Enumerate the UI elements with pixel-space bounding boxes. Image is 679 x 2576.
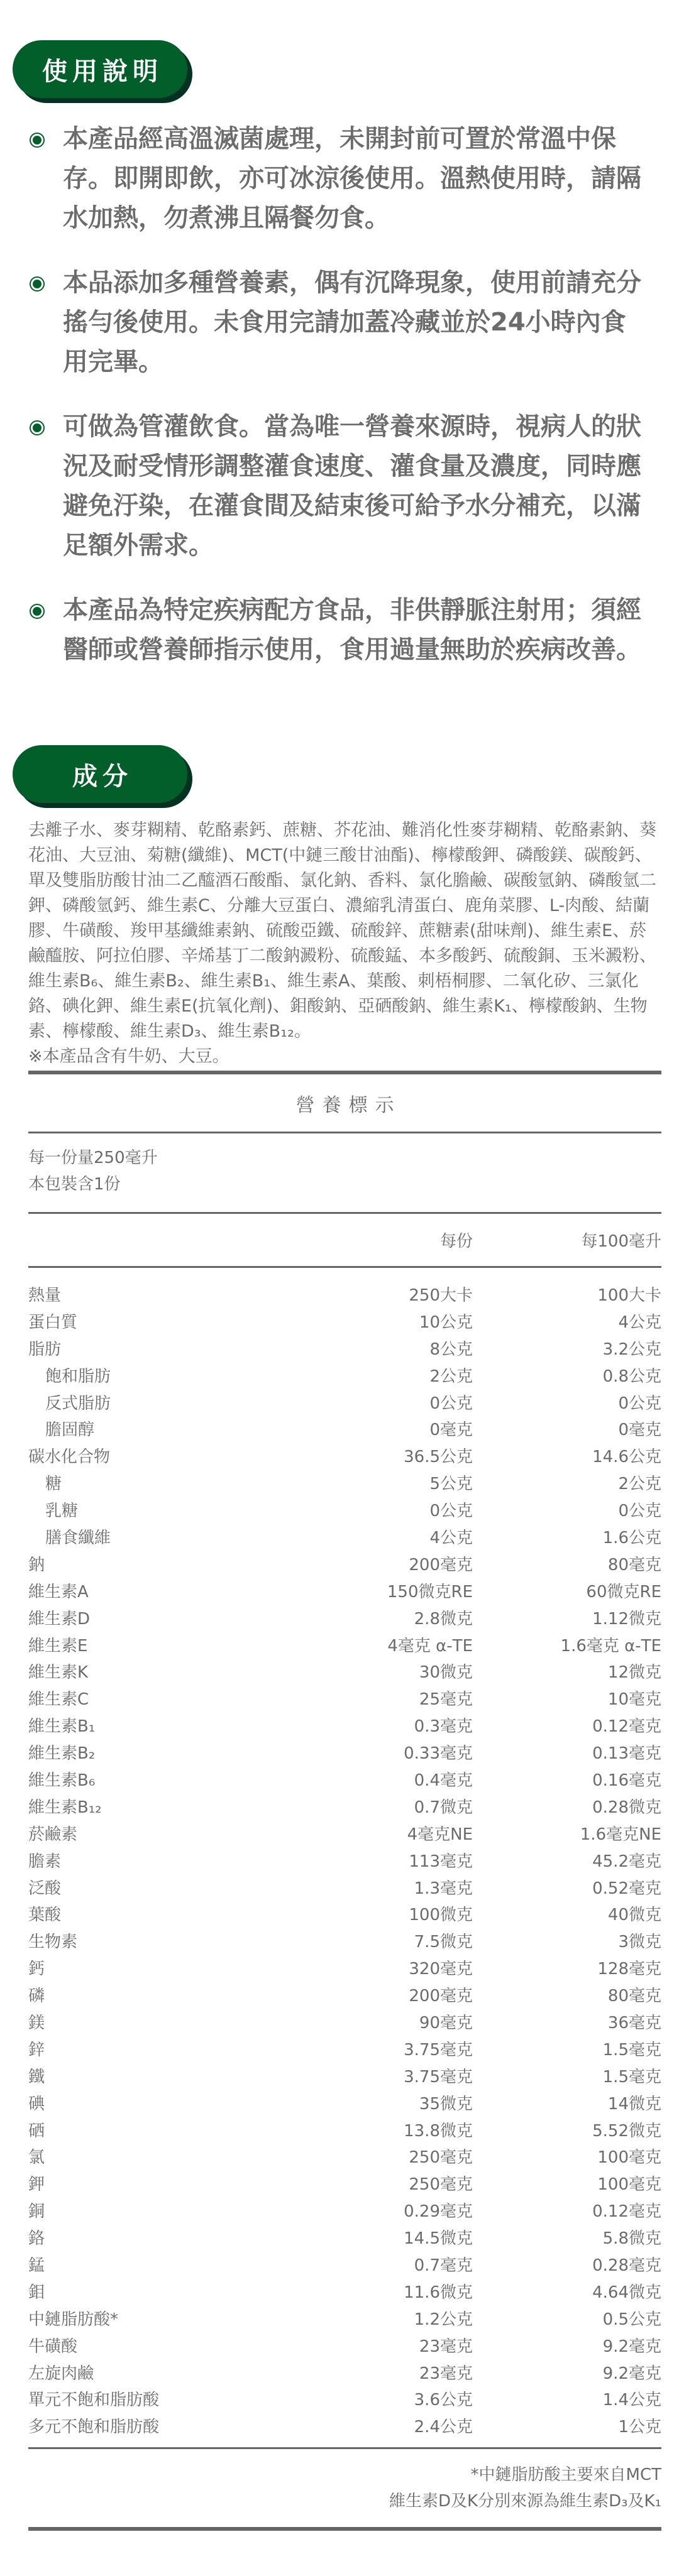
nutrient-per-100ml: 36毫克 [473,2010,661,2033]
nutrient-per-serving: 36.5公克 [347,1444,473,1467]
nutrient-per-serving: 23毫克 [347,2360,473,2384]
nutrient-per-100ml: 0.52毫克 [473,1875,661,1899]
nutrient-per-100ml: 4公克 [473,1309,661,1333]
circle-bullet-icon [30,133,45,148]
nutrient-per-serving: 1.3毫克 [347,1875,473,1899]
nutrient-name: 脂肪 [28,1336,347,1360]
nutrient-per-serving: 200毫克 [347,1983,473,2006]
nutrition-row: 維生素B₆0.4毫克0.16毫克 [28,1766,661,1793]
nutrition-row: 熱量250大卡100大卡 [28,1280,661,1307]
nutrient-per-100ml: 80毫克 [473,1983,661,2006]
circle-bullet-icon [30,604,45,619]
nutrient-per-100ml: 9.2毫克 [473,2360,661,2384]
nutrient-name: 膳食纖維 [28,1525,347,1548]
nutrition-row: 維生素C25毫克10毫克 [28,1684,661,1711]
nutrient-per-serving: 100微克 [347,1902,473,1925]
nutrient-per-serving: 2.4公克 [347,2414,473,2437]
nutrient-name: 泛酸 [28,1875,347,1899]
nutrient-per-100ml: 0公克 [473,1498,661,1521]
nutrient-per-serving: 14.5微克 [347,2225,473,2249]
nutrient-name: 乳糖 [28,1498,347,1521]
nutrient-per-100ml: 0.12毫克 [473,1713,661,1737]
nutrient-per-100ml: 4.64微克 [473,2279,661,2303]
nutrient-per-100ml: 0.28毫克 [473,2252,661,2276]
nutrient-name: 鐵 [28,2064,347,2087]
header-per-serving: 每份 [347,1228,473,1252]
circle-bullet-icon [30,420,45,435]
nutrient-name: 鈣 [28,1956,347,1979]
footnote: 維生素D及K分別來源為維生素D₃及K₁ [28,2488,661,2514]
nutrient-per-serving: 2公克 [347,1363,473,1387]
nutrition-facts-table: 營養標示 每一份量250毫升 本包裝含1份 每份 每100毫升 熱量250大卡1… [28,1071,661,2531]
nutrient-per-serving: 0.4毫克 [347,1767,473,1791]
nutrient-per-serving: 150微克RE [347,1579,473,1602]
nutrient-name: 鉬 [28,2279,347,2303]
nutrition-row: 鈉200毫克80毫克 [28,1550,661,1577]
nutrient-name: 氯 [28,2144,347,2168]
nutrient-per-serving: 3.6公克 [347,2387,473,2410]
nutrient-per-serving: 90毫克 [347,2010,473,2033]
nutrient-per-100ml: 12微克 [473,1659,661,1683]
usage-list: 本產品經高溫滅菌處理，未開封前可置於常溫中保存。即開即飲，亦可冰涼後使用。溫熱使… [0,119,679,695]
nutrient-name: 中鏈脂肪酸* [28,2306,347,2330]
nutrient-per-serving: 35微克 [347,2091,473,2114]
nutrient-per-100ml: 100毫克 [473,2144,661,2168]
nutrition-row: 反式脂肪0公克0公克 [28,1389,661,1416]
nutrient-per-serving: 4公克 [347,1525,473,1548]
nutrient-per-100ml: 1公克 [473,2414,661,2437]
nutrient-per-serving: 7.5微克 [347,1929,473,1952]
nutrient-per-100ml: 0公克 [473,1390,661,1414]
nutrient-name: 多元不飽和脂肪酸 [28,2414,347,2437]
nutrition-row: 糖5公克2公克 [28,1469,661,1496]
nutrition-row: 蛋白質10公克4公克 [28,1307,661,1334]
nutrient-name: 膽固醇 [28,1417,347,1440]
nutrient-per-100ml: 1.5毫克 [473,2064,661,2087]
nutrient-name: 碳水化合物 [28,1444,347,1467]
nutrition-row: 生物素7.5微克3微克 [28,1927,661,1954]
usage-item-text: 可做為管灌飲食。當為唯一營養來源時，視病人的狀況及耐受情形調整灌食速度、灌食量及… [63,412,641,560]
header-per-100ml: 每100毫升 [473,1228,661,1252]
nutrient-name: 葉酸 [28,1902,347,1925]
nutrition-footnotes: *中鏈脂肪酸主要來自MCT 維生素D及K分別來源為維生素D₃及K₁ [28,2449,661,2527]
nutrition-row: 膳食纖維4公克1.6公克 [28,1523,661,1550]
usage-item-text: 本產品經高溫滅菌處理，未開封前可置於常溫中保存。即開即飲，亦可冰涼後使用。溫熱使… [63,124,641,232]
nutrient-per-serving: 0.7微克 [347,1794,473,1818]
usage-item: 可做為管灌飲食。當為唯一營養來源時，視病人的狀況及耐受情形調整灌食速度、灌食量及… [0,407,679,565]
nutrition-row: 中鏈脂肪酸*1.2公克0.5公克 [28,2305,661,2332]
nutrient-per-100ml: 0.5公克 [473,2306,661,2330]
nutrition-row: 泛酸1.3毫克0.52毫克 [28,1874,661,1901]
nutrient-per-serving: 4毫克 α-TE [347,1633,473,1656]
nutrient-name: 硒 [28,2118,347,2141]
nutrition-rows: 熱量250大卡100大卡蛋白質10公克4公克脂肪8公克3.2公克飽和脂肪2公克0… [28,1268,661,2447]
nutrient-per-serving: 23毫克 [347,2333,473,2357]
nutrient-per-serving: 11.6微克 [347,2279,473,2303]
usage-item: 本品添加多種營養素，偶有沉降現象，使用前請充分搖勻後使用。未食用完請加蓋冷藏並於… [0,263,679,382]
usage-item-text: 本品添加多種營養素，偶有沉降現象，使用前請充分搖勻後使用。未食用完請加蓋冷藏並於… [63,268,641,376]
nutrient-name: 維生素B₂ [28,1740,347,1764]
nutrient-name: 菸鹼素 [28,1821,347,1845]
nutrient-per-100ml: 1.5毫克 [473,2037,661,2060]
nutrient-per-serving: 4毫克NE [347,1821,473,1845]
nutrient-per-serving: 0.33毫克 [347,1740,473,1764]
nutrition-row: 鎂90毫克36毫克 [28,2008,661,2035]
nutrition-row: 銅0.29毫克0.12毫克 [28,2197,661,2224]
footnote: *中鏈脂肪酸主要來自MCT [28,2462,661,2488]
nutrient-per-100ml: 0.13毫克 [473,1740,661,1764]
nutrient-name: 銅 [28,2198,347,2222]
nutrition-row: 維生素D2.8微克1.12微克 [28,1604,661,1631]
nutrient-name: 錳 [28,2252,347,2276]
allergen-notice: ※本產品含有牛奶、大豆。 [28,1044,657,1069]
nutrient-name: 鎂 [28,2010,347,2033]
nutrient-per-100ml: 80毫克 [473,1552,661,1575]
nutrient-name: 鉻 [28,2225,347,2249]
nutrition-row: 磷200毫克80毫克 [28,1981,661,2008]
nutrient-per-100ml: 0.28微克 [473,1794,661,1818]
nutrient-per-100ml: 40微克 [473,1902,661,1925]
nutrient-per-100ml: 3微克 [473,1929,661,1952]
circle-bullet-icon [30,276,45,292]
nutrition-row: 葉酸100微克40微克 [28,1900,661,1927]
usage-title: 使用說明 [37,52,163,87]
usage-section-badge: 使用說明 [13,40,190,103]
ingredients-title: 成分 [67,756,133,792]
nutrient-name: 蛋白質 [28,1309,347,1333]
nutrient-per-100ml: 5.8微克 [473,2225,661,2249]
nutrient-per-serving: 3.75毫克 [347,2037,473,2060]
servings-per-pack: 本包裝含1份 [28,1171,661,1198]
nutrient-per-100ml: 128毫克 [473,1956,661,1979]
nutrient-per-serving: 200毫克 [347,1552,473,1575]
serving-size: 每一份量250毫升 [28,1145,661,1171]
nutrient-per-serving: 3.75毫克 [347,2064,473,2087]
ingredients-section-badge: 成分 [13,745,190,808]
nutrition-row: 氯250毫克100毫克 [28,2143,661,2170]
nutrient-per-serving: 0公克 [347,1390,473,1414]
nutrition-row: 鐵3.75毫克1.5毫克 [28,2062,661,2089]
nutrition-row: 鈣320毫克128毫克 [28,1954,661,1981]
nutrition-row: 膽固醇0毫克0毫克 [28,1415,661,1442]
nutrition-row: 單元不飽和脂肪酸3.6公克1.4公克 [28,2386,661,2413]
nutrient-per-serving: 8公克 [347,1336,473,1360]
nutrient-per-100ml: 14微克 [473,2091,661,2114]
nutrient-per-serving: 0.7毫克 [347,2252,473,2276]
nutrition-row: 碘35微克14微克 [28,2089,661,2116]
nutrient-per-100ml: 10毫克 [473,1686,661,1710]
nutrition-row: 多元不飽和脂肪酸2.4公克1公克 [28,2412,661,2439]
usage-item-text: 本產品為特定疾病配方食品，非供靜脈注射用；須經醫師或營養師指示使用，食用過量無助… [63,596,641,664]
nutrient-name: 維生素B₁₂ [28,1794,347,1818]
nutrient-per-100ml: 2公克 [473,1471,661,1494]
nutrient-name: 鋅 [28,2037,347,2060]
nutrient-name: 維生素B₁ [28,1713,347,1737]
nutrient-per-serving: 113毫克 [347,1848,473,1872]
usage-item: 本產品經高溫滅菌處理，未開封前可置於常溫中保存。即開即飲，亦可冰涼後使用。溫熱使… [0,119,679,238]
nutrient-name: 碘 [28,2091,347,2114]
nutrition-row: 維生素B₁₂0.7微克0.28微克 [28,1793,661,1820]
nutrient-name: 磷 [28,1983,347,2006]
nutrient-per-serving: 0.3毫克 [347,1713,473,1737]
nutrition-row: 錳0.7毫克0.28毫克 [28,2251,661,2278]
nutrient-per-serving: 5公克 [347,1471,473,1494]
nutrient-per-serving: 0.29毫克 [347,2198,473,2222]
nutrient-per-serving: 25毫克 [347,1686,473,1710]
nutrient-name: 反式脂肪 [28,1390,347,1414]
nutrient-per-100ml: 9.2毫克 [473,2333,661,2357]
nutrient-name: 維生素C [28,1686,347,1710]
nutrition-row: 牛磺酸23毫克9.2毫克 [28,2332,661,2359]
nutrient-per-100ml: 0.12毫克 [473,2198,661,2222]
nutrient-name: 單元不飽和脂肪酸 [28,2387,347,2410]
nutrition-row: 膽素113毫克45.2毫克 [28,1847,661,1874]
nutrient-per-100ml: 1.6毫克 α-TE [473,1633,661,1656]
nutrition-row: 鉀250毫克100毫克 [28,2169,661,2197]
nutrition-row: 碳水化合物36.5公克14.6公克 [28,1442,661,1469]
nutrition-row: 維生素B₂0.33毫克0.13毫克 [28,1738,661,1766]
nutrient-per-serving: 250大卡 [347,1282,473,1306]
nutrient-name: 熱量 [28,1282,347,1306]
nutrition-row: 硒13.8微克5.52微克 [28,2116,661,2143]
serving-info: 每一份量250毫升 本包裝含1份 [28,1133,661,1212]
nutrition-row: 維生素B₁0.3毫克0.12毫克 [28,1711,661,1738]
nutrient-name: 維生素B₆ [28,1767,347,1791]
nutrient-name: 維生素D [28,1606,347,1629]
nutrient-per-100ml: 1.6公克 [473,1525,661,1548]
nutrient-name: 糖 [28,1471,347,1494]
nutrient-per-serving: 320毫克 [347,1956,473,1979]
nutrition-row: 維生素E4毫克 α-TE1.6毫克 α-TE [28,1631,661,1658]
nutrient-name: 鈉 [28,1552,347,1575]
nutrient-per-100ml: 45.2毫克 [473,1848,661,1872]
nutrition-row: 維生素A150微克RE60微克RE [28,1577,661,1604]
nutrient-per-serving: 13.8微克 [347,2118,473,2141]
nutrient-per-serving: 250毫克 [347,2144,473,2168]
nutrient-per-100ml: 0.8公克 [473,1363,661,1387]
nutrient-name: 維生素E [28,1633,347,1656]
nutrient-name: 左旋肉鹼 [28,2360,347,2384]
nutrient-name: 維生素K [28,1659,347,1683]
nutrition-row: 左旋肉鹼23毫克9.2毫克 [28,2359,661,2386]
nutrient-name: 膽素 [28,1848,347,1872]
divider-thick [28,2527,661,2531]
nutrient-per-serving: 10公克 [347,1309,473,1333]
nutrition-title: 營養標示 [28,1074,661,1132]
nutrition-row: 菸鹼素4毫克NE1.6毫克NE [28,1820,661,1847]
nutrition-row: 維生素K30微克12微克 [28,1657,661,1684]
nutrition-row: 鉻14.5微克5.8微克 [28,2224,661,2251]
nutrient-per-serving: 2.8微克 [347,1606,473,1629]
nutrition-row: 飽和脂肪2公克0.8公克 [28,1362,661,1389]
nutrient-per-serving: 1.2公克 [347,2306,473,2330]
nutrient-name: 鉀 [28,2171,347,2195]
nutrient-per-100ml: 14.6公克 [473,1444,661,1467]
nutrient-per-100ml: 60微克RE [473,1579,661,1602]
ingredients-text: 去離子水、麥芽糊精、乾酪素鈣、蔗糖、芥花油、難消化性麥芽糊精、乾酪素鈉、葵花油、… [28,821,656,1041]
badge-face: 使用說明 [13,40,187,98]
nutrient-per-serving: 30微克 [347,1659,473,1683]
nutrient-per-100ml: 1.6毫克NE [473,1821,661,1845]
nutrient-per-100ml: 1.4公克 [473,2387,661,2410]
badge-face: 成分 [13,745,187,803]
nutrient-per-100ml: 100毫克 [473,2171,661,2195]
nutrition-column-headers: 每份 每100毫升 [28,1214,661,1266]
nutrient-per-100ml: 1.12微克 [473,1606,661,1629]
nutrient-name: 飽和脂肪 [28,1363,347,1387]
nutrition-row: 鉬11.6微克4.64微克 [28,2278,661,2305]
nutrition-row: 鋅3.75毫克1.5毫克 [28,2035,661,2062]
nutrient-per-serving: 250毫克 [347,2171,473,2195]
nutrition-row: 乳糖0公克0公克 [28,1496,661,1523]
nutrient-name: 維生素A [28,1579,347,1602]
nutrient-per-100ml: 0毫克 [473,1417,661,1440]
nutrient-per-100ml: 0.16毫克 [473,1767,661,1791]
nutrient-per-serving: 0毫克 [347,1417,473,1440]
nutrient-per-serving: 0公克 [347,1498,473,1521]
nutrient-per-100ml: 100大卡 [473,1282,661,1306]
nutrient-per-100ml: 3.2公克 [473,1336,661,1360]
nutrient-per-100ml: 5.52微克 [473,2118,661,2141]
usage-item: 本產品為特定疾病配方食品，非供靜脈注射用；須經醫師或營養師指示使用，食用過量無助… [0,591,679,670]
nutrient-name: 生物素 [28,1929,347,1952]
nutrition-row: 脂肪8公克3.2公克 [28,1334,661,1362]
nutrient-name: 牛磺酸 [28,2333,347,2357]
ingredients-block: 去離子水、麥芽糊精、乾酪素鈣、蔗糖、芥花油、難消化性麥芽糊精、乾酪素鈉、葵花油、… [28,818,657,1069]
